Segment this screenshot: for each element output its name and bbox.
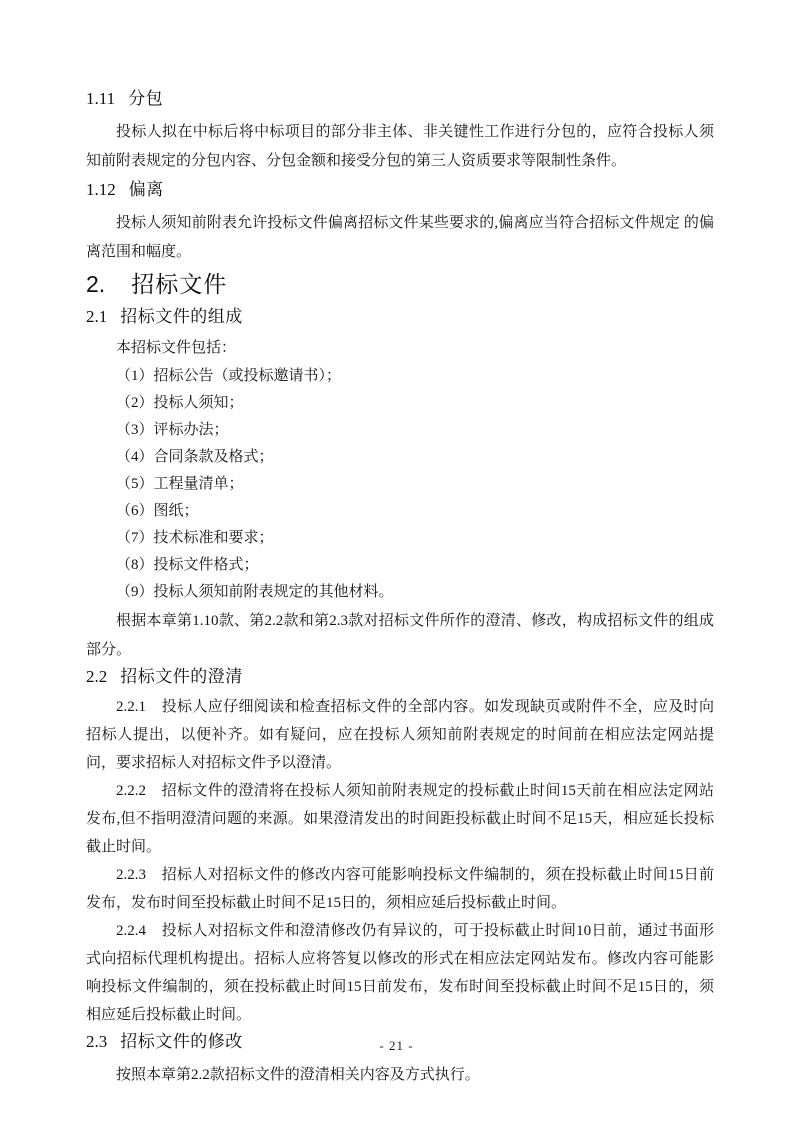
list-item: （2）投标人须知；: [86, 390, 714, 417]
section-heading-2-1: 2.1招标文件的组成: [86, 306, 714, 327]
section-title-1-11: 分包: [128, 89, 163, 108]
clause-2-2-2: 2.2.2 招标文件的澄清将在投标人须知前附表规定的投标截止时间15天前在相应法…: [86, 777, 714, 861]
page-footer: - 21 -: [0, 1038, 793, 1054]
section-number-2-2: 2.2: [86, 667, 107, 686]
section-title-2-2: 招标文件的澄清: [120, 667, 243, 686]
page-number: - 21 -: [379, 1038, 413, 1053]
document-page: 1.11分包 投标人拟在中标后将中标项目的部分非主体、非关键性工作进行分包的，应…: [0, 0, 793, 1122]
chapter-heading-2: 2.招标文件: [86, 268, 714, 301]
section-number-1-11: 1.11: [86, 89, 115, 108]
list-item: （6）图纸；: [86, 498, 714, 525]
list-item: （8）投标文件格式；: [86, 552, 714, 579]
section-heading-2-2: 2.2招标文件的澄清: [86, 666, 714, 687]
tender-docs-list: （1）招标公告（或投标邀请书）； （2）投标人须知； （3）评标办法； （4）合…: [86, 363, 714, 606]
section-title-1-12: 偏离: [129, 180, 164, 199]
paragraph-deviation: 投标人须知前附表允许投标文件偏离招标文件某些要求的,偏离应当符合招标文件规定 的…: [86, 209, 714, 267]
list-item: （7）技术标准和要求；: [86, 525, 714, 552]
list-item: （5）工程量清单；: [86, 471, 714, 498]
paragraph-docs-closing: 根据本章第1.10款、第2.2款和第2.3款对招标文件所作的澄清、修改，构成招标…: [86, 607, 714, 665]
section-title-2-1: 招标文件的组成: [120, 307, 243, 326]
list-item: （3）评标办法；: [86, 417, 714, 444]
chapter-title-2: 招标文件: [131, 271, 227, 297]
document-body: 1.11分包 投标人拟在中标后将中标项目的部分非主体、非关键性工作进行分包的，应…: [86, 88, 714, 1090]
list-item: （4）合同条款及格式；: [86, 444, 714, 471]
clause-2-2-1: 2.2.1 投标人应仔细阅读和检查招标文件的全部内容。如发现缺页或附件不全，应及…: [86, 693, 714, 777]
section-number-2-1: 2.1: [86, 307, 107, 326]
clause-2-2-3: 2.2.3 招标人对招标文件的修改内容可能影响投标文件编制的，须在投标截止时间1…: [86, 861, 714, 917]
chapter-number-2: 2.: [86, 271, 105, 297]
list-item: （9）投标人须知前附表规定的其他材料。: [86, 579, 714, 606]
section-heading-1-11: 1.11分包: [86, 88, 714, 109]
paragraph-modification: 按照本章第2.2款招标文件的澄清相关内容及方式执行。: [86, 1061, 714, 1090]
paragraph-subcontracting: 投标人拟在中标后将中标项目的部分非主体、非关键性工作进行分包的，应符合投标人须知…: [86, 118, 714, 176]
paragraph-docs-intro: 本招标文件包括：: [86, 334, 714, 363]
section-heading-1-12: 1.12偏离: [86, 179, 714, 200]
list-item: （1）招标公告（或投标邀请书）；: [86, 363, 714, 390]
section-number-1-12: 1.12: [86, 180, 116, 199]
clause-2-2-4: 2.2.4 投标人对招标文件和澄清修改仍有异议的，可于投标截止时间10日前，通过…: [86, 917, 714, 1029]
